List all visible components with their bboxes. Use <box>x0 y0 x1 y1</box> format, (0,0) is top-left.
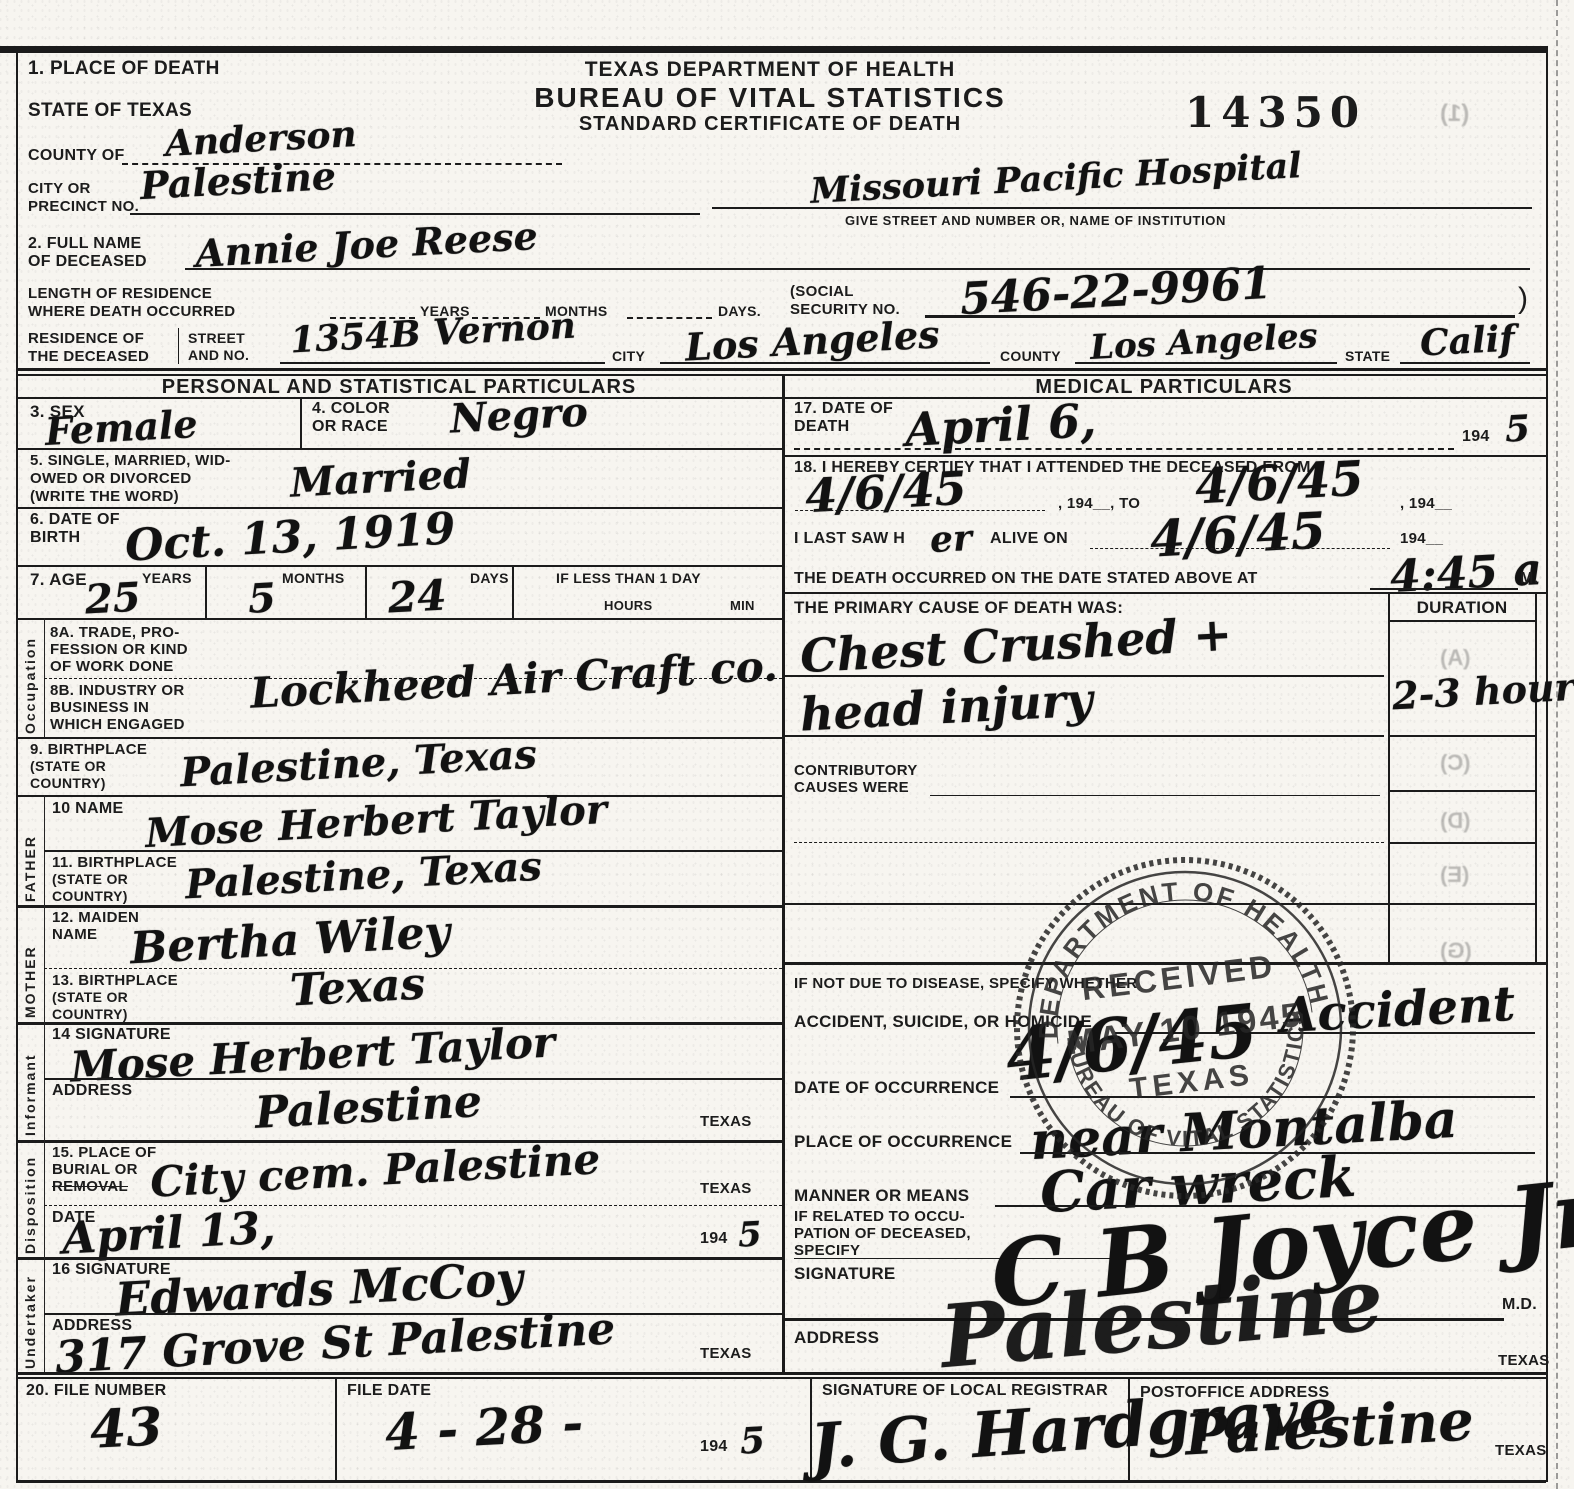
burial-year-printed: 194 <box>700 1230 728 1248</box>
rule <box>16 565 782 567</box>
contributory-label2: CAUSES WERE <box>794 779 909 796</box>
divider <box>335 1377 337 1480</box>
residence-state-value: Calif <box>1419 318 1516 365</box>
maiden-name-label2: NAME <box>52 926 97 943</box>
rule <box>1388 735 1535 737</box>
residence-state-label: STATE <box>1345 348 1390 364</box>
certificate-number: 14350 <box>1185 88 1366 137</box>
bureau-title: BUREAU OF VITAL STATISTICS <box>440 82 1100 114</box>
last-saw-pronoun: er <box>929 517 973 561</box>
last-saw-label: I LAST SAW H <box>794 530 905 548</box>
father-side-label: FATHER <box>22 800 38 902</box>
birthplace-label2: (STATE OR <box>30 758 106 774</box>
death-certificate-scan: 1. PLACE OF DEATH TEXAS DEPARTMENT OF HE… <box>0 0 1574 1489</box>
age-years-label: YEARS <box>142 570 192 586</box>
burial-value: City cem. Palestine <box>149 1134 601 1207</box>
occupation-side-label: Occupation <box>22 624 38 734</box>
father-bp-label: 11. BIRTHPLACE <box>52 854 177 871</box>
mother-bp-label2: (STATE OR <box>52 989 128 1005</box>
industry-label2: BUSINESS IN <box>50 699 149 716</box>
last-saw-year: 194__ <box>1400 530 1443 547</box>
bottom-rule <box>16 1480 1546 1483</box>
burial-label: 15. PLACE OF <box>52 1144 156 1161</box>
street-label: STREET <box>188 330 245 346</box>
min-label: MIN <box>730 598 755 613</box>
rule <box>16 1140 782 1143</box>
rule <box>16 905 782 908</box>
residence-label2: THE DECEASED <box>28 348 149 365</box>
street-value: 1354B Vernon <box>289 305 577 362</box>
rule <box>794 842 1384 843</box>
bleed-mark: (E) <box>1440 862 1469 888</box>
father-bp-label2: (STATE OR <box>52 871 128 887</box>
medical-section-title: MEDICAL PARTICULARS <box>782 376 1546 399</box>
marital-label3: (WRITE THE WORD) <box>30 488 179 505</box>
bleed-mark: (D) <box>1440 808 1471 834</box>
race-value: Negro <box>449 388 589 442</box>
last-saw-label2: ALIVE ON <box>990 530 1068 548</box>
age-label: 7. AGE <box>30 570 87 590</box>
date-occurrence-label: DATE OF OCCURRENCE <box>794 1078 999 1098</box>
trade-label3: OF WORK DONE <box>50 658 174 675</box>
residence-label: RESIDENCE OF <box>28 330 144 347</box>
residence-city-value: Los Angeles <box>684 311 941 369</box>
rule <box>16 368 1546 371</box>
contributory-label: CONTRIBUTORY <box>794 762 918 779</box>
physician-address-label: ADDRESS <box>794 1328 879 1348</box>
informant-address-state: TEXAS <box>700 1113 752 1130</box>
age-months-label: MONTHS <box>282 570 344 586</box>
rule <box>16 618 782 620</box>
place-occurrence-label: PLACE OF OCCURRENCE <box>794 1132 1012 1152</box>
file-date-year-value: 5 <box>739 1419 766 1462</box>
mother-bp-label: 13. BIRTHPLACE <box>52 972 178 989</box>
burial-year-value: 5 <box>737 1214 763 1255</box>
divider <box>300 397 302 448</box>
personal-section-title: PERSONAL AND STATISTICAL PARTICULARS <box>16 376 782 399</box>
divider <box>365 565 367 618</box>
ssn-label: (SOCIAL <box>790 283 854 300</box>
death-year-printed: 194 <box>1462 428 1490 446</box>
divider <box>512 565 514 618</box>
stamp-received-text: RECEIVED <box>1080 948 1279 1008</box>
column-divider <box>782 374 785 1372</box>
burial-state: TEXAS <box>700 1180 752 1197</box>
undertaker-address-state: TEXAS <box>700 1345 752 1362</box>
rule <box>185 268 1530 270</box>
ssn-close-paren: ) <box>1518 282 1528 316</box>
bleed-mark: (1) <box>1440 100 1469 128</box>
marital-label: 5. SINGLE, MARRIED, WID- <box>30 452 231 469</box>
full-name-label2: OF DECEASED <box>28 253 147 271</box>
rule <box>784 735 1384 737</box>
rule <box>280 362 605 364</box>
certify-from-value: 4/6/45 <box>804 461 968 523</box>
rule <box>1090 548 1390 549</box>
full-name-value: Annie Joe Reese <box>194 213 539 276</box>
full-name-label: 2. FULL NAME <box>28 235 142 253</box>
race-label: 4. COLOR <box>312 400 390 418</box>
physician-md-label: M.D. <box>1502 1296 1537 1314</box>
rule <box>784 455 1546 457</box>
mother-bp-value: Texas <box>289 958 427 1016</box>
stamp-texas-text: TEXAS <box>1128 1058 1256 1106</box>
trade-label2: FESSION OR KIND <box>50 641 188 658</box>
informant-address-value: Palestine <box>254 1076 483 1139</box>
file-number-value: 43 <box>88 1396 163 1461</box>
rule <box>1075 362 1337 364</box>
cause-line1-value: Chest Crushed + <box>799 607 1233 684</box>
death-occurred-label: THE DEATH OCCURRED ON THE DATE STATED AB… <box>794 570 1258 588</box>
rule <box>44 1205 782 1206</box>
occupation-related-label2: PATION OF DECEASED, <box>794 1225 971 1242</box>
rule <box>1388 842 1535 844</box>
birth-date-value: Oct. 13, 1919 <box>124 503 457 571</box>
less-than-day-label: IF LESS THAN 1 DAY <box>556 570 701 586</box>
dept-title: TEXAS DEPARTMENT OF HEALTH <box>470 58 1070 82</box>
certify-mid-label: , 194__, TO <box>1058 495 1140 512</box>
rule <box>1400 362 1530 364</box>
file-date-label: FILE DATE <box>347 1382 431 1400</box>
burial-label3: REMOVAL <box>52 1178 128 1195</box>
occupation-related-label: IF RELATED TO OCCU- <box>794 1208 965 1225</box>
hours-label: HOURS <box>604 598 652 613</box>
rule <box>627 317 712 319</box>
top-rule <box>0 46 1548 53</box>
birth-date-label: 6. DATE OF <box>30 511 120 529</box>
mother-bp-label3: COUNTRY) <box>52 1006 128 1022</box>
mother-side-label: MOTHER <box>22 910 38 1018</box>
divider <box>205 565 207 618</box>
marital-value: Married <box>289 450 472 506</box>
rule <box>130 213 700 215</box>
rule <box>16 448 782 450</box>
birth-date-label2: BIRTH <box>30 529 80 547</box>
certificate-title: STANDARD CERTIFICATE OF DEATH <box>470 113 1070 136</box>
age-days-label: DAYS <box>470 570 509 586</box>
rule <box>925 315 1515 318</box>
state-of-texas-label: STATE OF TEXAS <box>28 100 192 122</box>
birthplace-value: Palestine, Texas <box>179 731 538 797</box>
death-year-value: 5 <box>1504 407 1531 450</box>
rule <box>1388 620 1535 622</box>
rule <box>930 795 1380 796</box>
undertaker-side-label: Undertaker <box>22 1261 38 1369</box>
bleed-mark: (C) <box>1440 750 1471 776</box>
rule <box>712 207 1532 209</box>
divider <box>178 328 179 364</box>
rule <box>784 592 1546 594</box>
city-value: Palestine <box>139 153 337 208</box>
institution-caption: GIVE STREET AND NUMBER OR, NAME OF INSTI… <box>845 213 1226 228</box>
residence-length-label: LENGTH OF RESIDENCE <box>28 285 212 302</box>
birthplace-label3: COUNTRY) <box>30 775 106 791</box>
institution-value: Missouri Pacific Hospital <box>809 145 1302 212</box>
last-saw-value: 4/6/45 <box>1149 500 1328 568</box>
rule <box>660 362 990 364</box>
father-bp-value: Palestine, Texas <box>184 843 543 909</box>
trade-label: 8A. TRADE, PRO- <box>50 624 180 641</box>
burial-date-value: April 13, <box>61 1202 277 1264</box>
occupation-related-label3: SPECIFY <box>794 1242 860 1259</box>
physician-address-state: TEXAS <box>1498 1352 1550 1369</box>
sex-value: Female <box>44 401 199 454</box>
certify-end-label: , 194__ <box>1400 495 1452 512</box>
city-label2: PRECINCT NO. <box>28 198 139 215</box>
rule <box>1370 588 1518 590</box>
death-time-m-label: M. <box>1520 570 1538 588</box>
duration-box-left <box>1388 592 1390 965</box>
informant-address-label: ADDRESS <box>52 1082 132 1100</box>
residence-length-label2: WHERE DEATH OCCURRED <box>28 303 235 320</box>
informant-side-label: Informant <box>22 1028 38 1136</box>
age-months-value: 5 <box>247 574 277 622</box>
industry-value: Lockheed Air Craft co. <box>249 641 779 718</box>
residence-county-label: COUNTY <box>1000 348 1061 364</box>
rule <box>1388 790 1535 792</box>
file-date-year-printed: 194 <box>700 1438 728 1456</box>
residence-county-value: Los Angeles <box>1089 316 1319 368</box>
manner-means-label: MANNER OR MEANS <box>794 1186 969 1206</box>
rule <box>794 448 1454 450</box>
place-of-death-label: 1. PLACE OF DEATH <box>28 58 220 80</box>
marital-label2: OWED OR DIVORCED <box>30 470 191 487</box>
father-name-label: 10 NAME <box>52 800 123 818</box>
duration-value: 2-3 hours <box>1391 663 1574 719</box>
burial-label2: BURIAL OR <box>52 1161 138 1178</box>
industry-label: 8B. INDUSTRY OR <box>50 682 185 699</box>
death-date-label2: DEATH <box>794 418 849 436</box>
received-stamp: DEPARTMENT OF HEALTH BUREAU OF VITAL STA… <box>1005 848 1365 1208</box>
bleed-mark: (G) <box>1440 938 1472 964</box>
rule <box>795 510 1045 511</box>
street-label2: AND NO. <box>188 347 249 363</box>
rule <box>1388 903 1535 905</box>
postoffice-state-label: TEXAS <box>1495 1442 1547 1459</box>
rule <box>16 397 1546 399</box>
file-date-value: 4 - 28 - <box>384 1393 585 1462</box>
birthplace-label: 9. BIRTHPLACE <box>30 741 147 758</box>
county-label: COUNTY OF <box>28 147 125 165</box>
industry-label3: WHICH ENGAGED <box>50 716 185 733</box>
duration-label: DURATION <box>1390 598 1534 618</box>
maiden-name-label: 12. MAIDEN <box>52 909 139 926</box>
stamp-date-text: MAY 10 1945 <box>1065 996 1305 1063</box>
bleed-mark: (A) <box>1440 645 1471 671</box>
postoffice-address-value: Palestine <box>1183 1387 1475 1468</box>
physician-signature-label: SIGNATURE <box>794 1264 896 1284</box>
disposition-side-label: Disposition <box>22 1144 38 1254</box>
residence-city-label: CITY <box>612 348 645 364</box>
age-years-value: 25 <box>84 574 142 624</box>
duration-box-right <box>1535 592 1537 965</box>
cause-line2-value: head injury <box>799 672 1094 741</box>
father-bp-label3: COUNTRY) <box>52 888 128 904</box>
city-label: CITY OR <box>28 180 91 197</box>
days-label: DAYS. <box>718 303 761 319</box>
race-label2: OR RACE <box>312 418 388 436</box>
age-days-value: 24 <box>387 571 448 623</box>
death-date-label: 17. DATE OF <box>794 400 893 418</box>
